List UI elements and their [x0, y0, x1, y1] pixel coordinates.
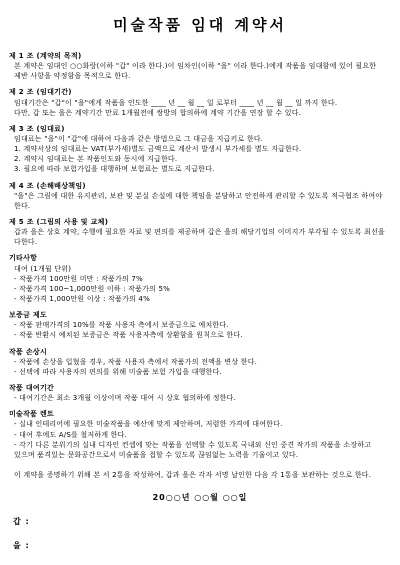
section-paragraph: 3. 필요에 따라 보험가입을 대행하며 보험료는 별도로 지급한다.	[9, 164, 391, 174]
contract-section: 기타사항대여 (1개월 단위)- 작품가격 100만원 미만 : 작품가의 7%…	[9, 253, 391, 304]
section-heading: 제 1 조 (계약의 목적)	[9, 51, 391, 61]
contract-section: 제 4 조 (손해배상책임)"을"은 그림에 대한 유지관리, 보관 및 분실 …	[9, 181, 391, 211]
section-heading: 기타사항	[9, 253, 391, 263]
section-paragraph: 갑과 을은 상호 계약, 수행에 필요한 자료 및 편의를 제공하며 갑은 을의…	[9, 227, 391, 247]
section-heading: 제 2 조 (임대기간)	[9, 87, 391, 97]
contract-section: 제 1 조 (계약의 목적)본 계약은 임대인 ○○화랑(이하 "갑" 이라 한…	[9, 51, 391, 81]
section-paragraph: 2. 계약시 임대료는 본 작품인도와 동시에 지급한다.	[9, 154, 391, 164]
section-heading: 제 5 조 (그림의 사용 및 교체)	[9, 217, 391, 227]
contract-section: 제 5 조 (그림의 사용 및 교체)갑과 을은 상호 계약, 수행에 필요한 …	[9, 217, 391, 247]
closing-statement: 이 계약을 증명하기 위해 본 서 2통을 작성하여, 갑과 을은 각자 서명 …	[9, 470, 391, 480]
section-paragraph: "을"은 그림에 대한 유지관리, 보관 및 분실 손실에 대한 책임을 분담하…	[9, 191, 391, 211]
section-heading: 작품 대여기간	[9, 383, 391, 393]
section-paragraph: - 작품에 손상을 입혔을 경우, 작품 사용자 측에서 작품가의 전액을 변상…	[9, 357, 391, 367]
section-paragraph: - 각기 다른 분위기의 실내 디자인 컨셉에 맞는 작품을 선택할 수 있도록…	[9, 440, 391, 460]
section-paragraph: - 실내 인테리어에 필요한 미술작품을 예산에 맞게 제안하며, 저렴한 가격…	[9, 419, 391, 429]
section-paragraph: - 작품가격 1,000만원 이상 : 작품가의 4%	[9, 294, 391, 304]
section-paragraph: 임대기간은 "갑"이 "을"에게 작품을 인도한 ____ 년 __ 월 __ …	[9, 98, 391, 108]
contract-section: 제 2 조 (임대기간)임대기간은 "갑"이 "을"에게 작품을 인도한 ___…	[9, 87, 391, 117]
section-heading: 제 3 조 (임대료)	[9, 124, 391, 134]
section-paragraph: 다만, 갑 또는 을은 계약기간 만료 1개월전에 쌍방의 합의하에 계약 기간…	[9, 108, 391, 118]
section-paragraph: - 작품가격 100만원 미만 : 작품가의 7%	[9, 274, 391, 284]
section-paragraph: 임대료는 "을"이 "갑"에 대하여 다음과 같은 방법으로 그 대금을 지급키…	[9, 134, 391, 144]
contract-section: 보증금 제도- 작품 판매가격의 10%를 작품 사용자 측에서 보증금으로 예…	[9, 310, 391, 340]
section-paragraph: - 대여 후에도 A/S를 철저하게 한다.	[9, 430, 391, 440]
section-paragraph: 본 계약은 임대인 ○○화랑(이하 "갑" 이라 한다.)이 임차인(이하 "을…	[9, 61, 391, 81]
section-heading: 제 4 조 (손해배상책임)	[9, 181, 391, 191]
contract-document: 미술작품 임대 계약서 제 1 조 (계약의 목적)본 계약은 임대인 ○○화랑…	[0, 0, 400, 565]
contract-sections: 제 1 조 (계약의 목적)본 계약은 임대인 ○○화랑(이하 "갑" 이라 한…	[9, 51, 391, 460]
section-paragraph: - 대여기간은 최소 3개월 이상이며 작품 대여 시 상호 협의하에 정한다.	[9, 393, 391, 403]
section-paragraph: - 작품 판매가격의 10%를 작품 사용자 측에서 보증금으로 예치한다.	[9, 320, 391, 330]
signature-line-gap: 갑 :	[13, 516, 391, 527]
contract-date: 20○○년 ○○월 ○○일	[9, 492, 391, 503]
contract-section: 작품 손상시- 작품에 손상을 입혔을 경우, 작품 사용자 측에서 작품가의 …	[9, 347, 391, 377]
section-paragraph: 1. 계약서상의 임대료는 VAT(부가세)별도 금액으로 계산서 발생시 부가…	[9, 144, 391, 154]
contract-section: 작품 대여기간- 대여기간은 최소 3개월 이상이며 작품 대여 시 상호 협의…	[9, 383, 391, 403]
section-paragraph: - 작품가격 100~1,000만원 이하 : 작품가의 5%	[9, 284, 391, 294]
section-paragraph: - 선택에 따라 사용자의 편의를 위해 미술품 보험 가입을 대행한다.	[9, 367, 391, 377]
page-title: 미술작품 임대 계약서	[9, 14, 391, 35]
contract-section: 미술작품 렌트- 실내 인테리어에 필요한 미술작품을 예산에 맞게 제안하며,…	[9, 409, 391, 460]
section-heading: 작품 손상시	[9, 347, 391, 357]
section-heading: 미술작품 렌트	[9, 409, 391, 419]
section-paragraph: - 작품 반환시 예치된 보증금은 작품 사용자측에 상환함을 원칙으로 한다.	[9, 330, 391, 340]
contract-section: 제 3 조 (임대료)임대료는 "을"이 "갑"에 대하여 다음과 같은 방법으…	[9, 124, 391, 175]
section-paragraph: 대여 (1개월 단위)	[9, 264, 391, 274]
section-heading: 보증금 제도	[9, 310, 391, 320]
signature-line-eul: 을 :	[13, 540, 391, 551]
